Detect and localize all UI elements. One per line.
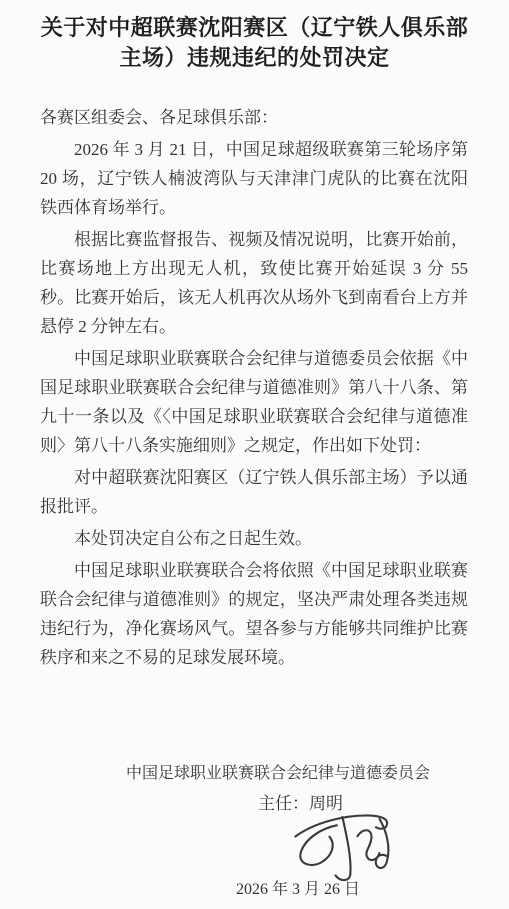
paragraph-closing-statement: 中国足球职业联赛联合会将依照《中国足球职业联赛联合会纪律与道德准则》的规定，坚决… bbox=[40, 556, 468, 672]
paragraph-effective-date: 本处罚决定自公布之日起生效。 bbox=[40, 524, 468, 553]
document-page: 关于对中超联赛沈阳赛区（辽宁铁人俱乐部 主场）违规违纪的处罚决定 各赛区组委会、… bbox=[0, 0, 509, 909]
paragraph-penalty: 对中超联赛沈阳赛区（辽宁铁人俱乐部主场）予以通报批评。 bbox=[40, 463, 468, 521]
document-body: 各赛区组委会、各足球俱乐部： 2026 年 3 月 21 日，中国足球超级联赛第… bbox=[40, 103, 468, 672]
paragraph-legal-basis: 中国足球职业联赛联合会纪律与道德委员会依据《中国足球职业联赛联合会纪律与道德准则… bbox=[40, 344, 468, 460]
signature-block: 中国足球职业联赛联合会纪律与道德委员会 主任：周明 2026 年 3 月 26 … bbox=[0, 763, 509, 909]
signing-organization: 中国足球职业联赛联合会纪律与道德委员会 bbox=[126, 763, 430, 785]
document-title: 关于对中超联赛沈阳赛区（辽宁铁人俱乐部 主场）违规违纪的处罚决定 bbox=[0, 0, 509, 73]
document-title-line-1: 关于对中超联赛沈阳赛区（辽宁铁人俱乐部 bbox=[0, 13, 509, 43]
paragraph-match-info: 2026 年 3 月 21 日，中国足球超级联赛第三轮场序第 20 场，辽宁铁人… bbox=[40, 135, 468, 222]
document-date: 2026 年 3 月 26 日 bbox=[236, 879, 360, 901]
paragraph-incident-description: 根据比赛监督报告、视频及情况说明，比赛开始前，比赛场地上方出现无人机，致使比赛开… bbox=[40, 225, 468, 341]
document-title-line-2: 主场）违规违纪的处罚决定 bbox=[0, 43, 509, 73]
handwritten-signature bbox=[278, 808, 408, 886]
salutation: 各赛区组委会、各足球俱乐部： bbox=[40, 103, 468, 132]
